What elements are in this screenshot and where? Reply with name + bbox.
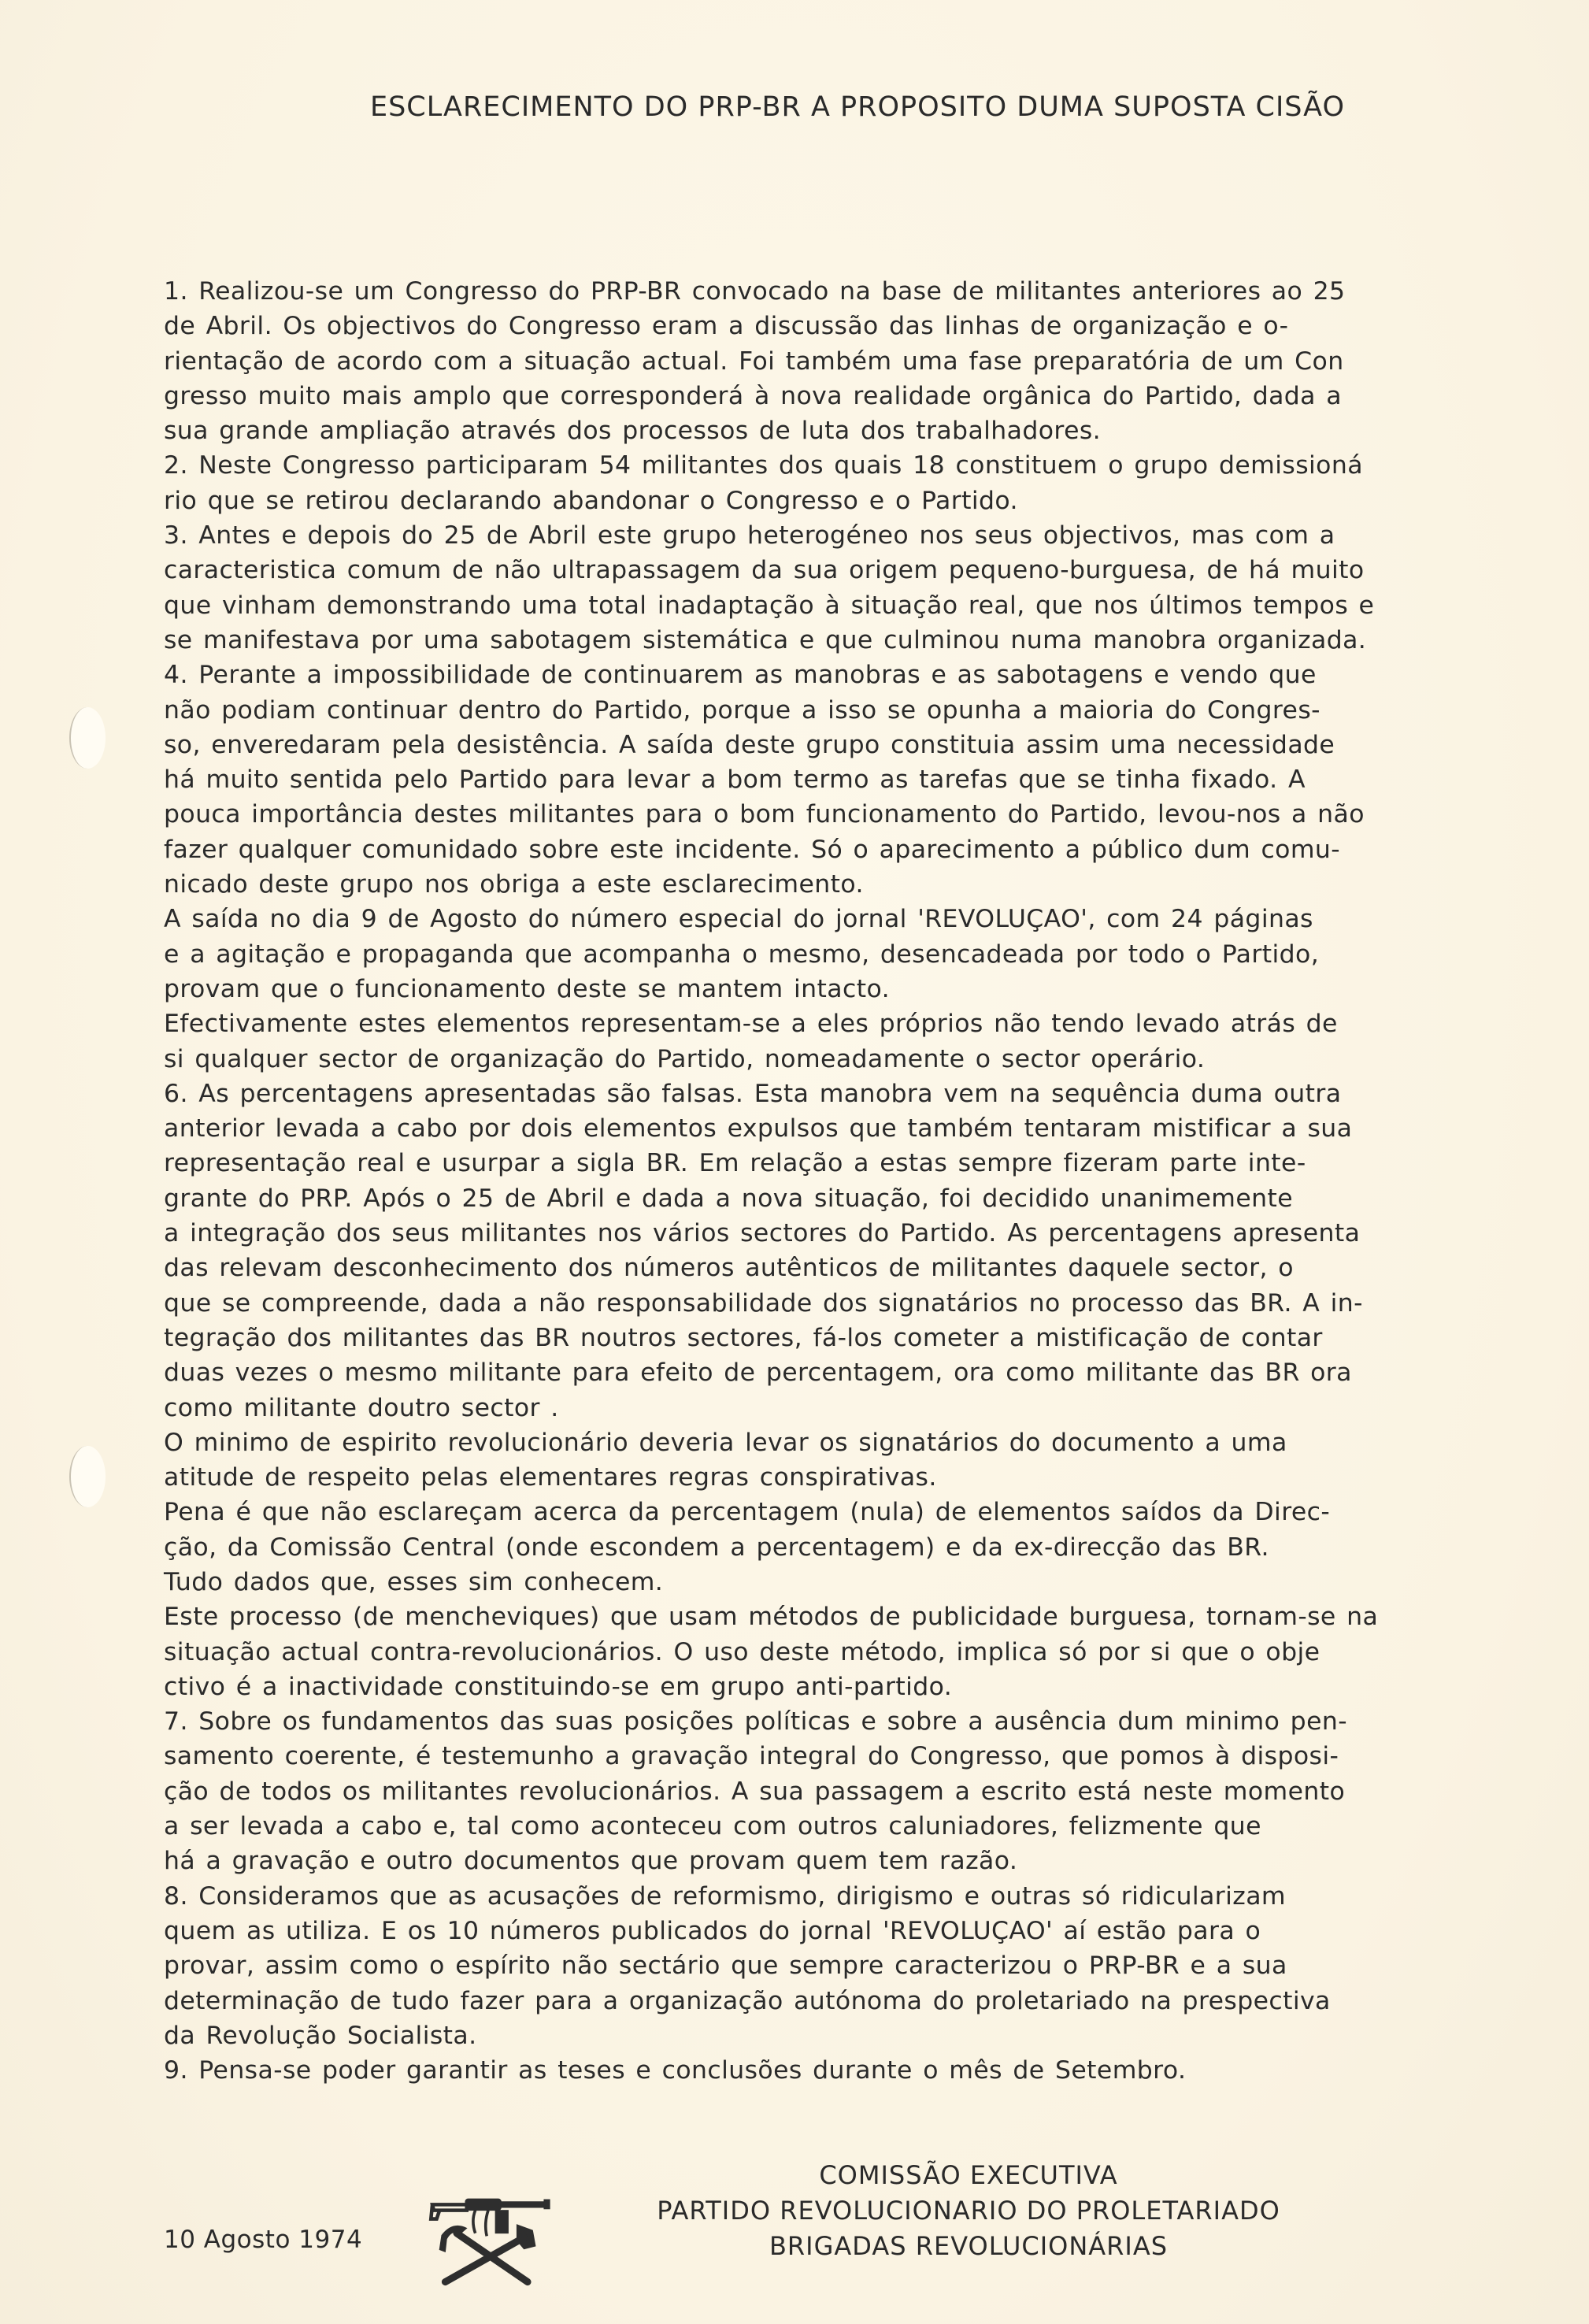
body-line: A saída no dia 9 de Agosto do número esp… [164, 902, 1439, 936]
punch-hole [69, 1446, 106, 1507]
body-line: samento coerente, é testemunho a gravaçã… [164, 1739, 1439, 1774]
body-line: Efectivamente estes elementos representa… [164, 1006, 1439, 1041]
body-line: de Abril. Os objectivos do Congresso era… [164, 309, 1439, 343]
body-line: provam que o funcionamento deste se mant… [164, 972, 1439, 1006]
document-body: 1. Realizou-se um Congresso do PRP-BR co… [164, 274, 1439, 2088]
body-line: fazer qualquer comunidado sobre este inc… [164, 832, 1439, 867]
body-line: 8. Consideramos que as acusações de refo… [164, 1879, 1439, 1914]
body-line: sua grande ampliação através dos process… [164, 413, 1439, 448]
signature-block: COMISSÃO EXECUTIVA PARTIDO REVOLUCIONARI… [567, 2158, 1370, 2264]
body-line: tegração dos militantes das BR noutros s… [164, 1321, 1439, 1355]
body-line: 1. Realizou-se um Congresso do PRP-BR co… [164, 274, 1439, 309]
body-line: anterior levada a cabo por dois elemento… [164, 1111, 1439, 1146]
body-line: 3. Antes e depois do 25 de Abril este gr… [164, 518, 1439, 553]
body-line: não podiam continuar dentro do Partido, … [164, 693, 1439, 728]
body-line: pouca importância destes militantes para… [164, 797, 1439, 832]
body-line: 9. Pensa-se poder garantir as teses e co… [164, 2053, 1439, 2088]
body-line: 2. Neste Congresso participaram 54 milit… [164, 448, 1439, 483]
document-date: 10 Agosto 1974 [164, 2226, 362, 2254]
body-line: quem as utiliza. E os 10 números publica… [164, 1914, 1439, 1948]
body-line: 7. Sobre os fundamentos das suas posiçõe… [164, 1704, 1439, 1739]
signature-line: BRIGADAS REVOLUCIONÁRIAS [567, 2229, 1370, 2264]
body-line: rio que se retirou declarando abandonar … [164, 484, 1439, 518]
body-line: e a agitação e propaganda que acompanha … [164, 937, 1439, 972]
body-line: Este processo (de mencheviques) que usam… [164, 1599, 1439, 1634]
body-line: ctivo é a inactividade constituindo-se e… [164, 1670, 1439, 1704]
body-line: que se compreende, dada a não responsabi… [164, 1286, 1439, 1321]
body-line: atitude de respeito pelas elementares re… [164, 1460, 1439, 1495]
body-line: ção, da Comissão Central (onde escondem … [164, 1530, 1439, 1565]
body-line: se manifestava por uma sabotagem sistemá… [164, 623, 1439, 658]
scanned-page: ESCLARECIMENTO DO PRP-BR A PROPOSITO DUM… [0, 0, 1589, 2324]
body-line: que vinham demonstrando uma total inadap… [164, 588, 1439, 623]
body-line: situação actual contra-revolucionários. … [164, 1635, 1439, 1670]
body-line: Tudo dados que, esses sim conhecem. [164, 1565, 1439, 1599]
body-line: gresso muito mais amplo que corresponder… [164, 379, 1439, 413]
body-line: Pena é que não esclareçam acerca da perc… [164, 1495, 1439, 1529]
body-line: a ser levada a cabo e, tal como acontece… [164, 1809, 1439, 1844]
body-line: duas vezes o mesmo militante para efeito… [164, 1355, 1439, 1390]
document-title: ESCLARECIMENTO DO PRP-BR A PROPOSITO DUM… [0, 91, 1589, 123]
punch-hole [69, 707, 106, 769]
body-line: so, enveredaram pela desistência. A saíd… [164, 728, 1439, 762]
rifle-and-crossed-hammer-pickaxe-icon [409, 2188, 567, 2290]
body-line: nicado deste grupo nos obriga a este esc… [164, 867, 1439, 902]
body-line: 6. As percentagens apresentadas são fals… [164, 1077, 1439, 1111]
body-line: rientação de acordo com a situação actua… [164, 344, 1439, 379]
body-line: das relevam desconhecimento dos números … [164, 1251, 1439, 1285]
body-line: si qualquer sector de organização do Par… [164, 1042, 1439, 1077]
body-line: O minimo de espirito revolucionário deve… [164, 1425, 1439, 1460]
body-line: da Revolução Socialista. [164, 2018, 1439, 2053]
body-line: como militante doutro sector . [164, 1391, 1439, 1425]
body-line: caracteristica comum de não ultrapassage… [164, 553, 1439, 587]
body-line: há a gravação e outro documentos que pro… [164, 1844, 1439, 1878]
body-line: representação real e usurpar a sigla BR.… [164, 1146, 1439, 1181]
body-line: provar, assim como o espírito não sectár… [164, 1948, 1439, 1983]
body-line: determinação de tudo fazer para a organi… [164, 1984, 1439, 2018]
signature-line: PARTIDO REVOLUCIONARIO DO PROLETARIADO [567, 2193, 1370, 2229]
body-line: 4. Perante a impossibilidade de continua… [164, 658, 1439, 692]
body-line: grante do PRP. Após o 25 de Abril e dada… [164, 1181, 1439, 1216]
body-line: ção de todos os militantes revolucionári… [164, 1774, 1439, 1809]
body-line: a integração dos seus militantes nos vár… [164, 1216, 1439, 1251]
signature-line: COMISSÃO EXECUTIVA [567, 2158, 1370, 2193]
body-line: há muito sentida pelo Partido para levar… [164, 762, 1439, 797]
